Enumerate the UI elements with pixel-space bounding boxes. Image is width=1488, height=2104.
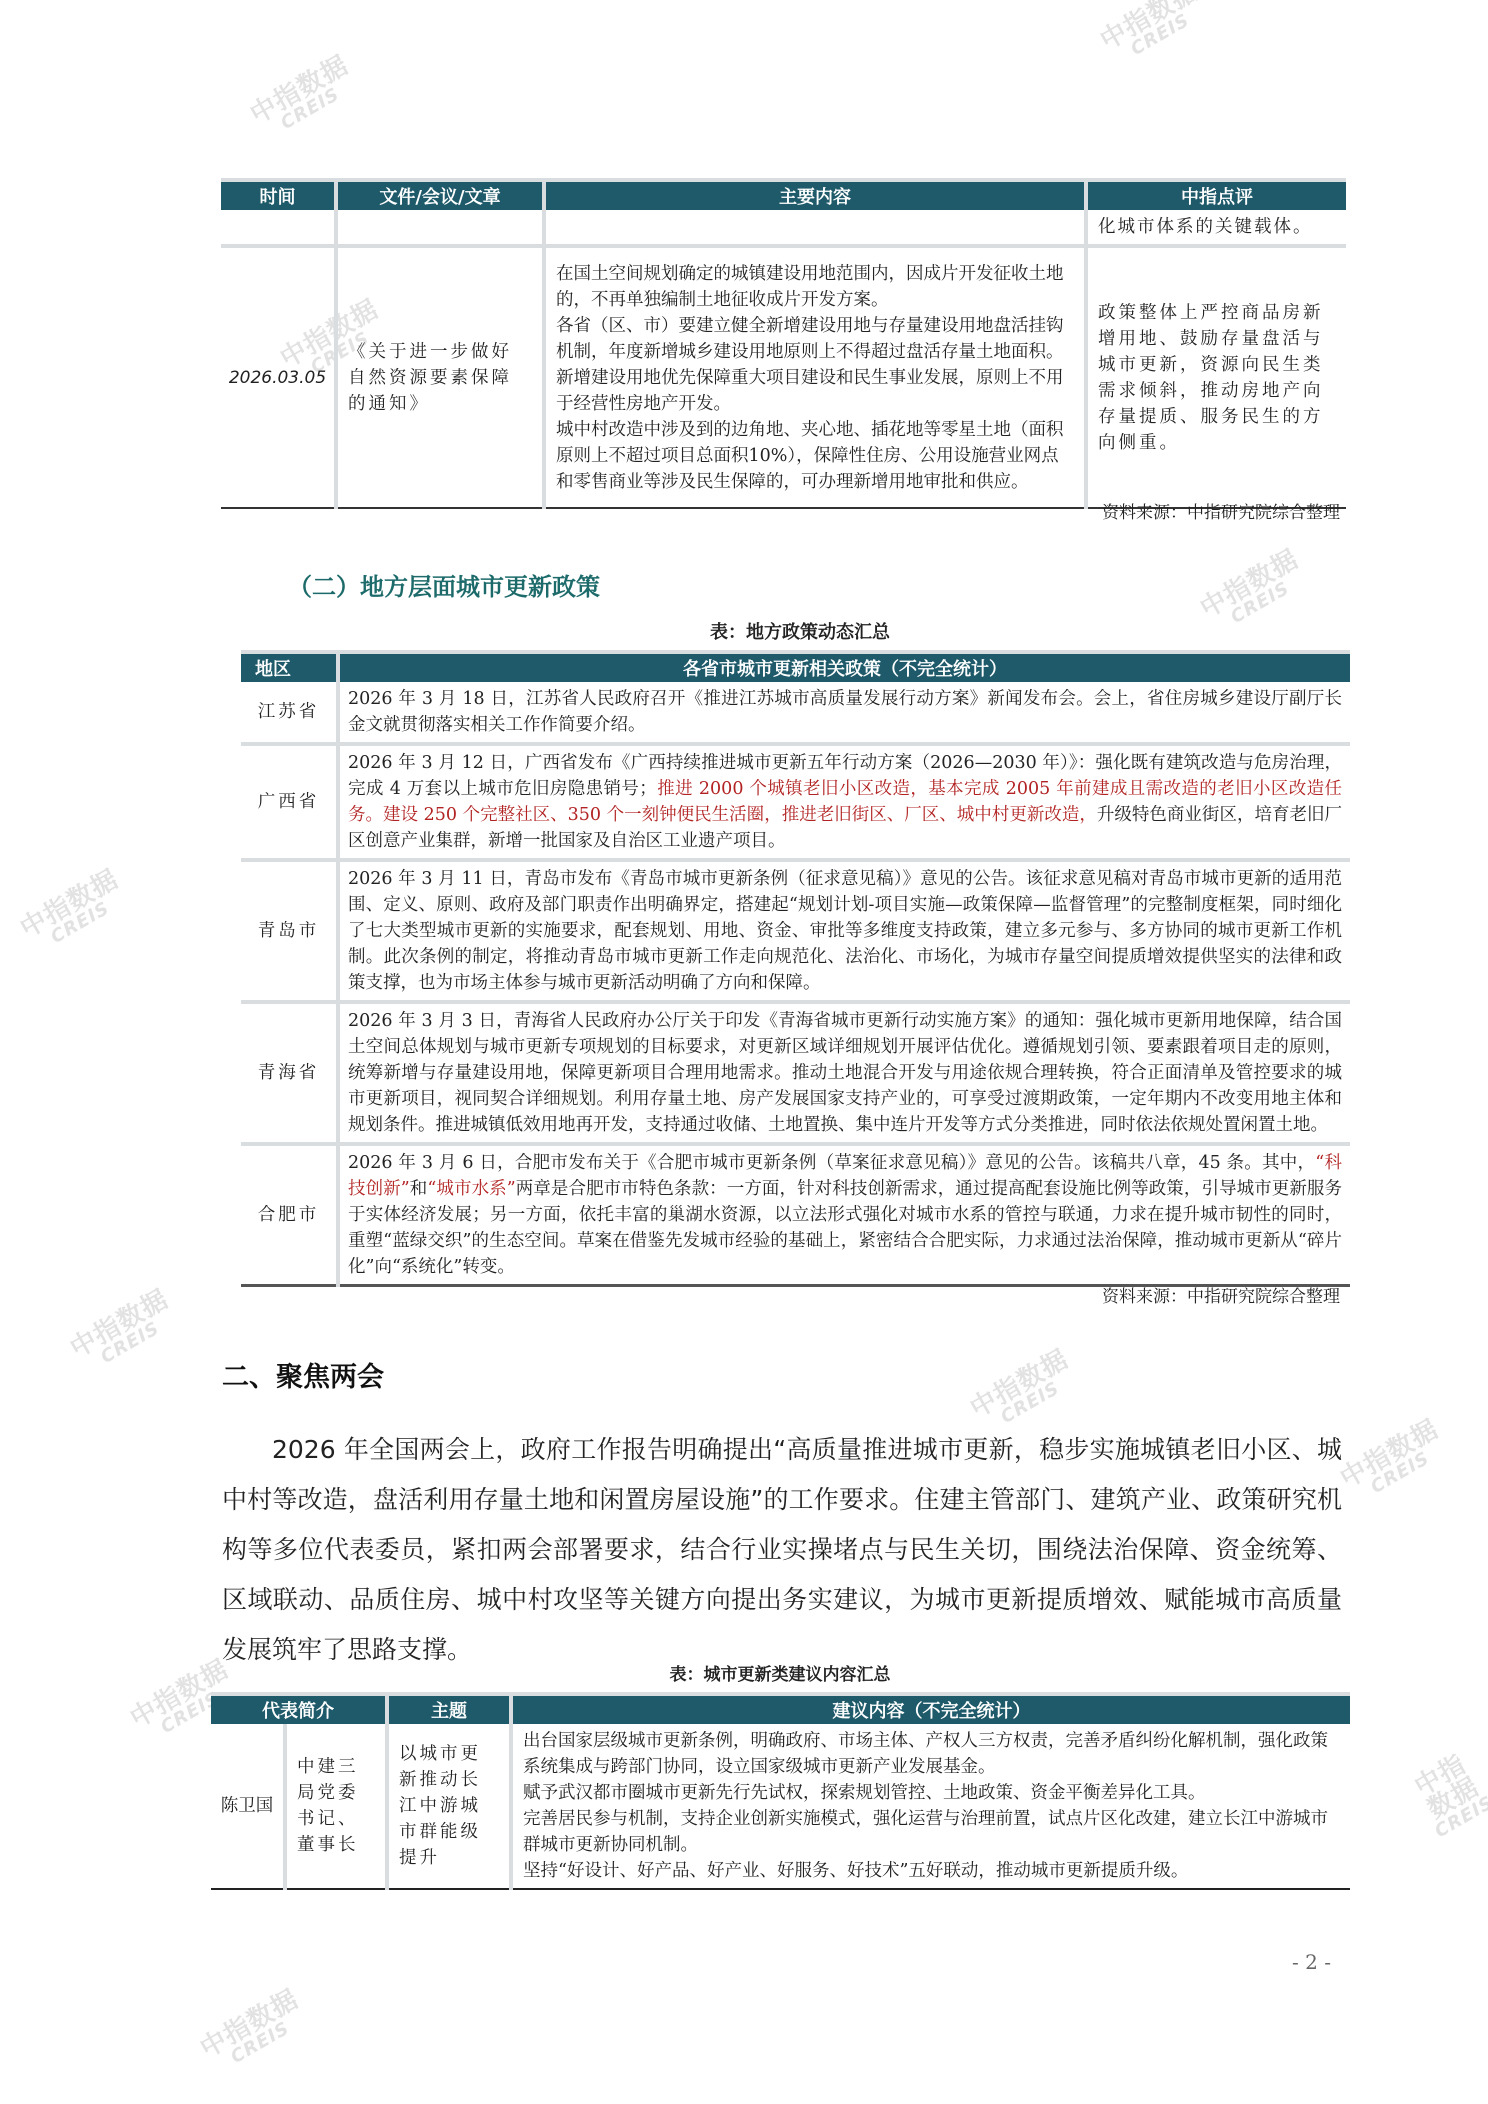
table-row-continued: 化城市体系的关键载体。: [221, 210, 1346, 246]
watermark: 中指数据CREIS: [1096, 0, 1212, 70]
policy-cell: 2026 年 3 月 3 日，青海省人民政府办公厅关于印发《青海省城市更新行动实…: [338, 1002, 1350, 1144]
table-caption: 表：城市更新类建议内容汇总: [580, 1660, 980, 1685]
table-row-qinghai: 青海省 2026 年 3 月 3 日，青海省人民政府办公厅关于印发《青海省城市更…: [241, 1002, 1350, 1144]
region-cell: 江苏省: [241, 682, 338, 744]
watermark-cn: 中指数据: [966, 1346, 1073, 1423]
col-header-delegate: 代表简介: [211, 1694, 387, 1724]
watermark-cn: 中指数据: [1336, 1416, 1443, 1493]
local-policy-table: 地区 各省市城市更新相关政策（不完全统计） 江苏省 2026 年 3 月 18 …: [241, 650, 1350, 1287]
comment-cell: 化城市体系的关键载体。: [1086, 210, 1346, 246]
col-header-suggestions: 建议内容（不完全统计）: [511, 1694, 1350, 1724]
body-paragraph: 2026 年全国两会上，政府工作报告明确提出“高质量推进城市更新，稳步实施城镇老…: [222, 1425, 1342, 1675]
region-cell: 青岛市: [241, 860, 338, 1002]
region-cell: 广西省: [241, 744, 338, 860]
policy-text: 2026 年 3 月 6 日，合肥市发布关于《合肥市城市更新条例（草案征求意见稿…: [348, 1153, 1315, 1173]
policy-text: 2026 年 3 月 18 日，江苏省人民政府召开《推进江苏城市高质量发展行动方…: [348, 689, 1342, 735]
col-header-document: 文件/会议/文章: [336, 180, 544, 210]
col-header-policy: 各省市城市更新相关政策（不完全统计）: [338, 652, 1350, 682]
section-title: （二）地方层面城市更新政策: [288, 567, 600, 602]
comment-cell: 政策整体上严控商品房新增用地、鼓励存量盘活与城市更新，资源向民生类需求倾斜，推动…: [1086, 246, 1346, 508]
suggestions-cell: 出台国家层级城市更新条例，明确政府、市场主体、产权人三方权责，完善矛盾纠纷化解机…: [511, 1724, 1350, 1889]
col-header-content: 主要内容: [544, 180, 1086, 210]
watermark: 中指数据CREIS: [1196, 546, 1312, 638]
watermark: 中指数据CREIS: [1402, 1746, 1488, 1843]
watermark-en: CREIS: [1428, 1791, 1488, 1843]
national-policy-table: 时间 文件/会议/文章 主要内容 中指点评 化城市体系的关键载体。 2026.0…: [221, 178, 1346, 509]
delegate-name-cell: 陈卫国: [211, 1724, 285, 1889]
watermark-en: CREIS: [259, 74, 362, 144]
delegate-role-cell: 中建三局党委书记、董事长: [285, 1724, 387, 1889]
suggestion-item: 完善居民参与机制，支持企业创新实施模式，强化运营与治理前置，试点片区化改建，建立…: [523, 1806, 1340, 1858]
document-cell: [336, 210, 544, 246]
watermark: 中指数据CREIS: [1336, 1416, 1452, 1508]
watermark: 中指数据CREIS: [66, 1286, 182, 1378]
watermark-cn: 中指数据: [1196, 546, 1303, 623]
source-note: 资料来源：中指研究院综合整理: [1000, 498, 1340, 523]
col-header-topic: 主题: [387, 1694, 511, 1724]
region-cell: 合肥市: [241, 1144, 338, 1286]
table-header-row: 地区 各省市城市更新相关政策（不完全统计）: [241, 652, 1350, 682]
watermark-cn: 中指数据: [66, 1286, 173, 1363]
date-cell: [221, 210, 336, 246]
col-header-comment: 中指点评: [1086, 180, 1346, 210]
page-number: - 2 -: [1292, 1950, 1331, 1974]
suggestion-item: 出台国家层级城市更新条例，明确政府、市场主体、产权人三方权责，完善矛盾纠纷化解机…: [523, 1728, 1340, 1780]
region-cell: 青海省: [241, 1002, 338, 1144]
watermark-cn: 中指数据: [16, 866, 123, 943]
date-cell: 2026.03.05: [221, 246, 336, 508]
policy-cell: 2026 年 3 月 18 日，江苏省人民政府召开《推进江苏城市高质量发展行动方…: [338, 682, 1350, 744]
section-heading: 二、聚焦两会: [222, 1355, 384, 1394]
content-paragraph: 城中村改造中涉及到的边角地、夹心地、插花地等零星土地（面积原则上不超过项目总面积…: [556, 417, 1074, 495]
table-row-guangxi: 广西省 2026 年 3 月 12 日，广西省发布《广西持续推进城市更新五年行动…: [241, 744, 1350, 860]
content-cell: [544, 210, 1086, 246]
watermark-en: CREIS: [1349, 1438, 1452, 1508]
watermark-cn: 中指数据: [1402, 1746, 1488, 1828]
table-row-jiangsu: 江苏省 2026 年 3 月 18 日，江苏省人民政府召开《推进江苏城市高质量发…: [241, 682, 1350, 744]
suggestion-item: 赋予武汉都市圈城市更新先行先试权，探索规划管控、土地政策、资金平衡差异化工具。: [523, 1780, 1340, 1806]
policy-cell: 2026 年 3 月 12 日，广西省发布《广西持续推进城市更新五年行动方案（2…: [338, 744, 1350, 860]
table-row: 2026.03.05 《关于进一步做好自然资源要素保障的通知》 在国土空间规划确…: [221, 246, 1346, 508]
watermark-en: CREIS: [79, 1308, 182, 1378]
content-paragraph: 各省（区、市）要建立健全新增建设用地与存量建设用地盘活挂钩机制，年度新增城乡建设…: [556, 313, 1074, 417]
policy-text: 2026 年 3 月 11 日，青岛市发布《青岛市城市更新条例（征求意见稿）》意…: [348, 869, 1342, 993]
watermark-cn: 中指数据: [246, 52, 353, 129]
watermark: 中指数据CREIS: [196, 1986, 312, 2078]
watermark: 中指数据CREIS: [16, 866, 132, 958]
watermark-en: CREIS: [29, 888, 132, 958]
table-row: 陈卫国 中建三局党委书记、董事长 以城市更新推动长江中游城市群能级提升 出台国家…: [211, 1724, 1350, 1889]
policy-cell: 2026 年 3 月 6 日，合肥市发布关于《合肥市城市更新条例（草案征求意见稿…: [338, 1144, 1350, 1286]
watermark-en: CREIS: [1109, 0, 1212, 70]
watermark-en: CREIS: [209, 2008, 312, 2078]
suggestions-table: 代表简介 主题 建议内容（不完全统计） 陈卫国 中建三局党委书记、董事长 以城市…: [211, 1692, 1350, 1890]
table-header-row: 时间 文件/会议/文章 主要内容 中指点评: [221, 180, 1346, 210]
policy-cell: 2026 年 3 月 11 日，青岛市发布《青岛市城市更新条例（征求意见稿）》意…: [338, 860, 1350, 1002]
watermark-en: CREIS: [1209, 568, 1312, 638]
document-cell: 《关于进一步做好自然资源要素保障的通知》: [336, 246, 544, 508]
table-header-row: 代表简介 主题 建议内容（不完全统计）: [211, 1694, 1350, 1724]
table-row-qingdao: 青岛市 2026 年 3 月 11 日，青岛市发布《青岛市城市更新条例（征求意见…: [241, 860, 1350, 1002]
col-header-time: 时间: [221, 180, 336, 210]
policy-text: 和: [410, 1179, 428, 1199]
table-caption: 表：地方政策动态汇总: [600, 618, 1000, 644]
topic-cell: 以城市更新推动长江中游城市群能级提升: [387, 1724, 511, 1889]
content-cell: 在国土空间规划确定的城镇建设用地范围内，因成片开发征收土地的，不再单独编制土地征…: [544, 246, 1086, 508]
watermark-cn: 中指数据: [1096, 0, 1203, 54]
content-paragraph: 在国土空间规划确定的城镇建设用地范围内，因成片开发征收土地的，不再单独编制土地征…: [556, 261, 1074, 313]
source-note: 资料来源：中指研究院综合整理: [1000, 1282, 1340, 1307]
watermark-cn: 中指数据: [196, 1986, 303, 2063]
policy-text: 2026 年 3 月 3 日，青海省人民政府办公厅关于印发《青海省城市更新行动实…: [348, 1011, 1342, 1135]
col-header-region: 地区: [241, 652, 338, 682]
watermark: 中指数据CREIS: [246, 52, 362, 144]
suggestion-item: 坚持“好设计、好产品、好产业、好服务、好技术”五好联动，推动城市更新提质升级。: [523, 1858, 1340, 1884]
policy-text-highlight: “城市水系”: [427, 1179, 515, 1199]
table-row-hefei: 合肥市 2026 年 3 月 6 日，合肥市发布关于《合肥市城市更新条例（草案征…: [241, 1144, 1350, 1286]
